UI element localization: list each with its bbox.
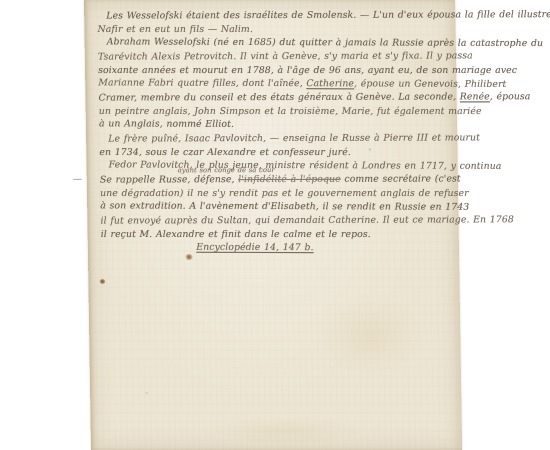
handwritten-text: Tsarévitch Alexis Petrovitch. Il vint à … — [98, 50, 473, 62]
manuscript-line: Se rappelle Russe, défense, l'infidélité… — [100, 172, 448, 187]
margin-dash: — — [73, 173, 82, 187]
handwritten-text: à son extradition. A l'avènement d'Elisa… — [100, 201, 469, 213]
handwritten-text: Le frère puîné, Isaac Pavlovitch, — ense… — [108, 132, 480, 144]
struck-word: à l'époque — [287, 174, 341, 185]
interlinear-correction: ayant son congé de sa cour — [178, 166, 275, 173]
manuscript-line: il fut envoyé auprès du Sultan, qui dema… — [100, 213, 448, 228]
manuscript-line: soixante années et mourut en 1788, à l'â… — [98, 64, 446, 78]
manuscript-line: un peintre anglais, John Simpson et la t… — [99, 105, 447, 119]
handwritten-text: un peintre anglais, John Simpson et la t… — [99, 106, 482, 117]
handwritten-text: Les Wesselofski étaient des israélites d… — [106, 9, 550, 21]
manuscript-line: en 1734, sous le czar Alexandre et confe… — [99, 146, 447, 160]
manuscript-line: Cramer, membre du conseil et des états g… — [98, 90, 446, 105]
underlined-word: Renée — [460, 91, 490, 102]
manuscript-lines: Les Wesselofski étaient des israélites d… — [97, 9, 449, 255]
handwritten-text: Fedor Pavlovitch, le plus jeune, ministr… — [109, 160, 502, 173]
scan-background: { "colors": { "background": "#ffffff", "… — [0, 0, 550, 450]
handwritten-text: , épouse un Genevois, Philibert — [354, 79, 506, 91]
manuscript-line: Tsarévitch Alexis Petrovitch. Il vint à … — [98, 49, 446, 64]
manuscript-page: Les Wesselofski étaient des israélites d… — [84, 0, 462, 450]
manuscript-line: Nafir et en eut un fils — Nalim. — [97, 23, 445, 37]
handwritten-text: à un Anglais, nommé Elliot. — [99, 119, 234, 131]
manuscript-line: à son extradition. A l'avènement d'Elisa… — [100, 200, 448, 215]
handwritten-text: Se rappelle Russe, défense, — [100, 174, 239, 185]
underlined-word: Catherine — [306, 78, 354, 89]
handwritten-text: une dégradation) il ne s'y rendit pas et… — [100, 188, 469, 199]
manuscript-line: Marianne Fabri quatre filles, dont l'aîn… — [98, 77, 446, 92]
manuscript-line: Abraham Wesselofski (né en 1685) dut qui… — [98, 36, 446, 51]
handwritten-text: Abraham Wesselofski (né en 1685) dut qui… — [107, 37, 544, 50]
struck-word: l'infidélité — [238, 174, 287, 185]
handwritten-text: soixante années et mourut en 1788, à l'â… — [98, 65, 517, 76]
manuscript-line: Le frère puîné, Isaac Pavlovitch, — ense… — [99, 131, 447, 146]
handwritten-text: Cramer, membre du conseil et des états g… — [98, 91, 459, 103]
handwritten-text: en 1734, sous le czar Alexandre et confe… — [99, 147, 351, 158]
manuscript-line: à un Anglais, nommé Elliot. — [99, 118, 447, 133]
manuscript-line: une dégradation) il ne s'y rendit pas et… — [100, 187, 448, 201]
underlined-word: Encyclopédie 14, 147 b. — [196, 242, 313, 253]
handwritten-text: il reçut M. Alexandre et finit dans le c… — [101, 229, 371, 240]
manuscript-line: il reçut M. Alexandre et finit dans le c… — [101, 228, 449, 242]
reference-citation: Encyclopédie 14, 147 b. — [101, 240, 449, 255]
handwritten-text: il fut envoyé auprès du Sultan, qui dema… — [100, 214, 514, 226]
handwritten-text: comme secrétaire (c'est — [341, 173, 461, 184]
handwritten-text: , épousa — [490, 91, 531, 102]
handwritten-text: Nafir et en eut un fils — Nalim. — [97, 24, 253, 35]
handwritten-text: Marianne Fabri quatre filles, dont l'aîn… — [98, 78, 306, 90]
manuscript-line: Les Wesselofski étaient des israélites d… — [97, 8, 445, 23]
